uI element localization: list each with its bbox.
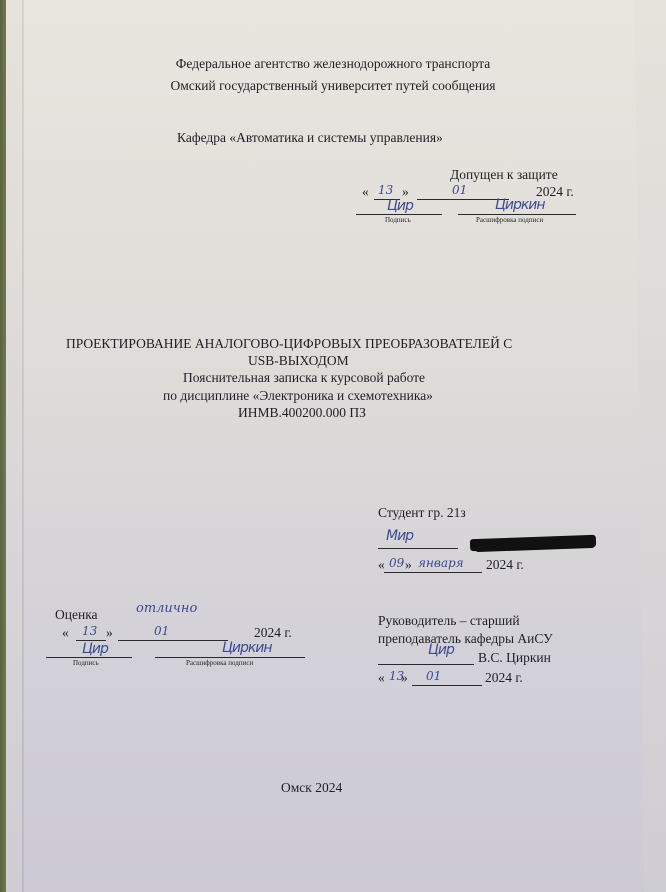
approval-decoding[interactable]: Циркин (495, 197, 545, 213)
grade-decoding-caption: Расшифровка подписи (186, 659, 253, 667)
student-signature[interactable]: Мир (386, 528, 413, 544)
student-day[interactable]: 09 (389, 556, 404, 570)
supervisor-signature[interactable]: Цир (428, 642, 454, 658)
approval-signature-line (356, 214, 442, 215)
city-year: Омск 2024 (281, 780, 342, 796)
supervisor-department: преподаватель кафедры АиСУ (378, 631, 553, 647)
page-edge (22, 0, 24, 892)
grade-label: Оценка (55, 607, 98, 623)
grade-day-close: » (106, 625, 113, 641)
grade-signature-caption: Подпись (73, 659, 99, 667)
supervisor-month[interactable]: 01 (426, 669, 441, 683)
approval-day-open: « (362, 184, 369, 200)
supervisor-signature-line (378, 664, 474, 665)
grade-decoding[interactable]: Циркин (222, 640, 272, 656)
student-year: 2024 г. (486, 557, 524, 573)
grade-signature[interactable]: Цир (82, 641, 108, 657)
grade-year: 2024 г. (254, 625, 292, 641)
approval-decoding-caption: Расшифровка подписи (476, 216, 543, 224)
grade-value[interactable]: отлично (136, 601, 197, 616)
supervisor-date-line (412, 685, 482, 686)
student-group: Студент гр. 21з (378, 505, 466, 521)
grade-month[interactable]: 01 (154, 624, 169, 638)
grade-decoding-line (155, 657, 305, 658)
student-signature-line (378, 548, 458, 549)
work-discipline: по дисциплине «Электроника и схемотехник… (163, 388, 433, 404)
university-name: Омский государственный университет путей… (0, 78, 666, 94)
student-date-open: « (378, 557, 385, 573)
grade-month-line (118, 640, 228, 641)
agency-name: Федеральное агентство железнодорожного т… (0, 56, 666, 72)
approval-decoding-line (458, 214, 576, 215)
supervisor-date-close: » (401, 670, 408, 686)
supervisor-name: В.С. Циркин (478, 650, 551, 666)
grade-signature-line (46, 657, 132, 658)
approval-month[interactable]: 01 (452, 183, 467, 197)
grade-day[interactable]: 13 (82, 624, 97, 638)
department-name: Кафедра «Автоматика и системы управления… (177, 130, 443, 146)
student-date-line (384, 572, 482, 573)
approval-label: Допущен к защите (450, 167, 558, 183)
approval-signature-caption: Подпись (385, 216, 411, 224)
grade-day-open: « (62, 625, 69, 641)
supervisor-year: 2024 г. (485, 670, 523, 686)
student-date-close: » (405, 557, 412, 573)
work-title-line1: ПРОЕКТИРОВАНИЕ АНАЛОГОВО-ЦИФРОВЫХ ПРЕОБР… (66, 336, 512, 352)
work-title-line2: USB-ВЫХОДОМ (248, 353, 349, 369)
bleed-through-text (75, 95, 595, 114)
work-code: ИНМВ.400200.000 ПЗ (238, 405, 366, 421)
student-month[interactable]: января (418, 556, 464, 570)
supervisor-position: Руководитель – старший (378, 613, 520, 629)
supervisor-date-open: « (378, 670, 385, 686)
work-subtitle: Пояснительная записка к курсовой работе (183, 370, 425, 386)
approval-signature[interactable]: Цир (387, 198, 413, 214)
approval-day[interactable]: 13 (378, 183, 393, 197)
